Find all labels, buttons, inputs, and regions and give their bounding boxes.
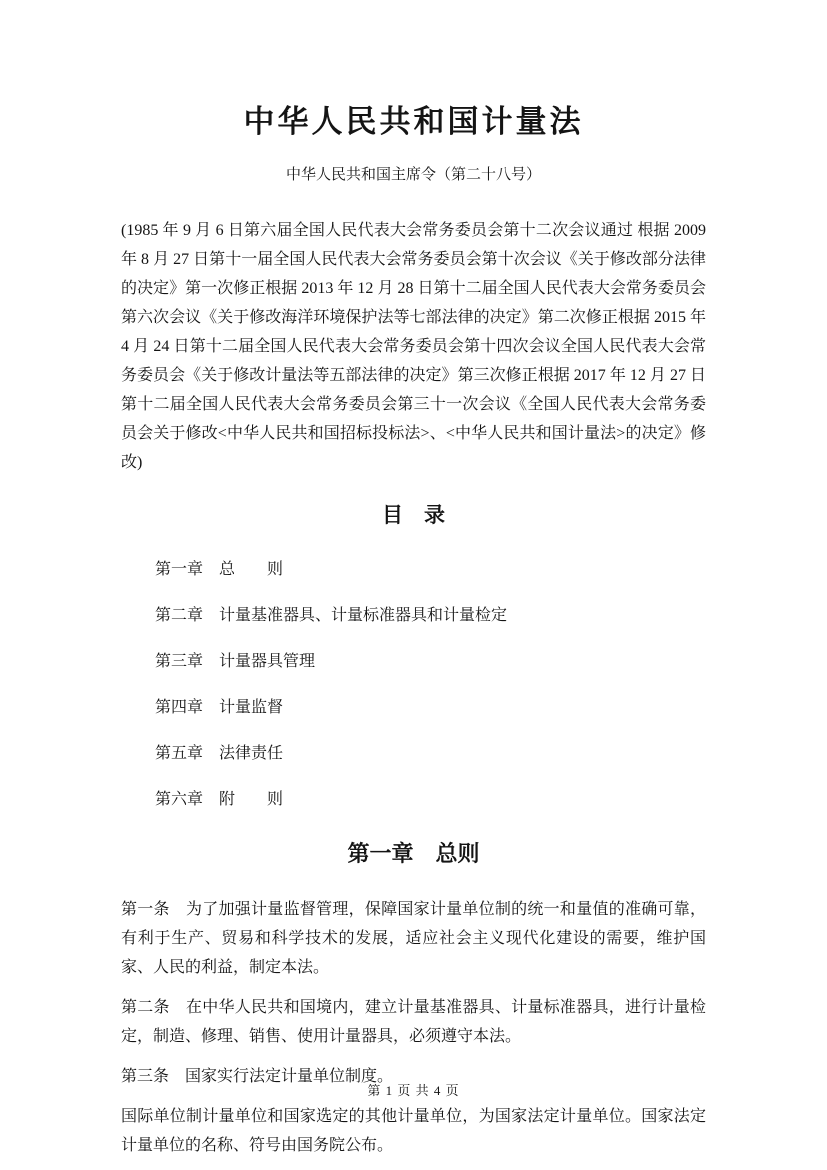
- article-3-continuation-paragraph: 国际单位制计量单位和国家选定的其他计量单位，为国家法定计量单位。国家法定计量单位…: [121, 1102, 706, 1160]
- page-number-footer: 第 1 页 共 4 页: [0, 1080, 827, 1099]
- document-title: 中华人民共和国计量法: [121, 96, 706, 148]
- toc-item-chapter-3: 第三章 计量器具管理: [155, 647, 706, 676]
- document-page: 中华人民共和国计量法 中华人民共和国主席令（第二十八号） (1985 年 9 月…: [0, 0, 827, 1170]
- toc-item-chapter-4: 第四章 计量监督: [155, 693, 706, 722]
- revision-history-paragraph: (1985 年 9 月 6 日第六届全国人民代表大会常务委员会第十二次会议通过 …: [121, 216, 706, 477]
- article-2-paragraph: 第二条 在中华人民共和国境内，建立计量基准器具、计量标准器具，进行计量检定，制造…: [121, 993, 706, 1051]
- toc-item-chapter-2: 第二章 计量基准器具、计量标准器具和计量检定: [155, 601, 706, 630]
- article-1-paragraph: 第一条 为了加强计量监督管理，保障国家计量单位制的统一和量值的准确可靠，有利于生…: [121, 895, 706, 982]
- chapter-1-heading: 第一章 总则: [121, 840, 706, 868]
- presidential-decree-line: 中华人民共和国主席令（第二十八号）: [121, 164, 706, 186]
- toc-item-chapter-5: 第五章 法律责任: [155, 739, 706, 768]
- toc-item-chapter-6: 第六章 附 则: [155, 785, 706, 814]
- toc-item-chapter-1: 第一章 总 则: [155, 555, 706, 584]
- toc-heading: 目 录: [121, 503, 706, 529]
- table-of-contents: 第一章 总 则 第二章 计量基准器具、计量标准器具和计量检定 第三章 计量器具管…: [121, 555, 706, 814]
